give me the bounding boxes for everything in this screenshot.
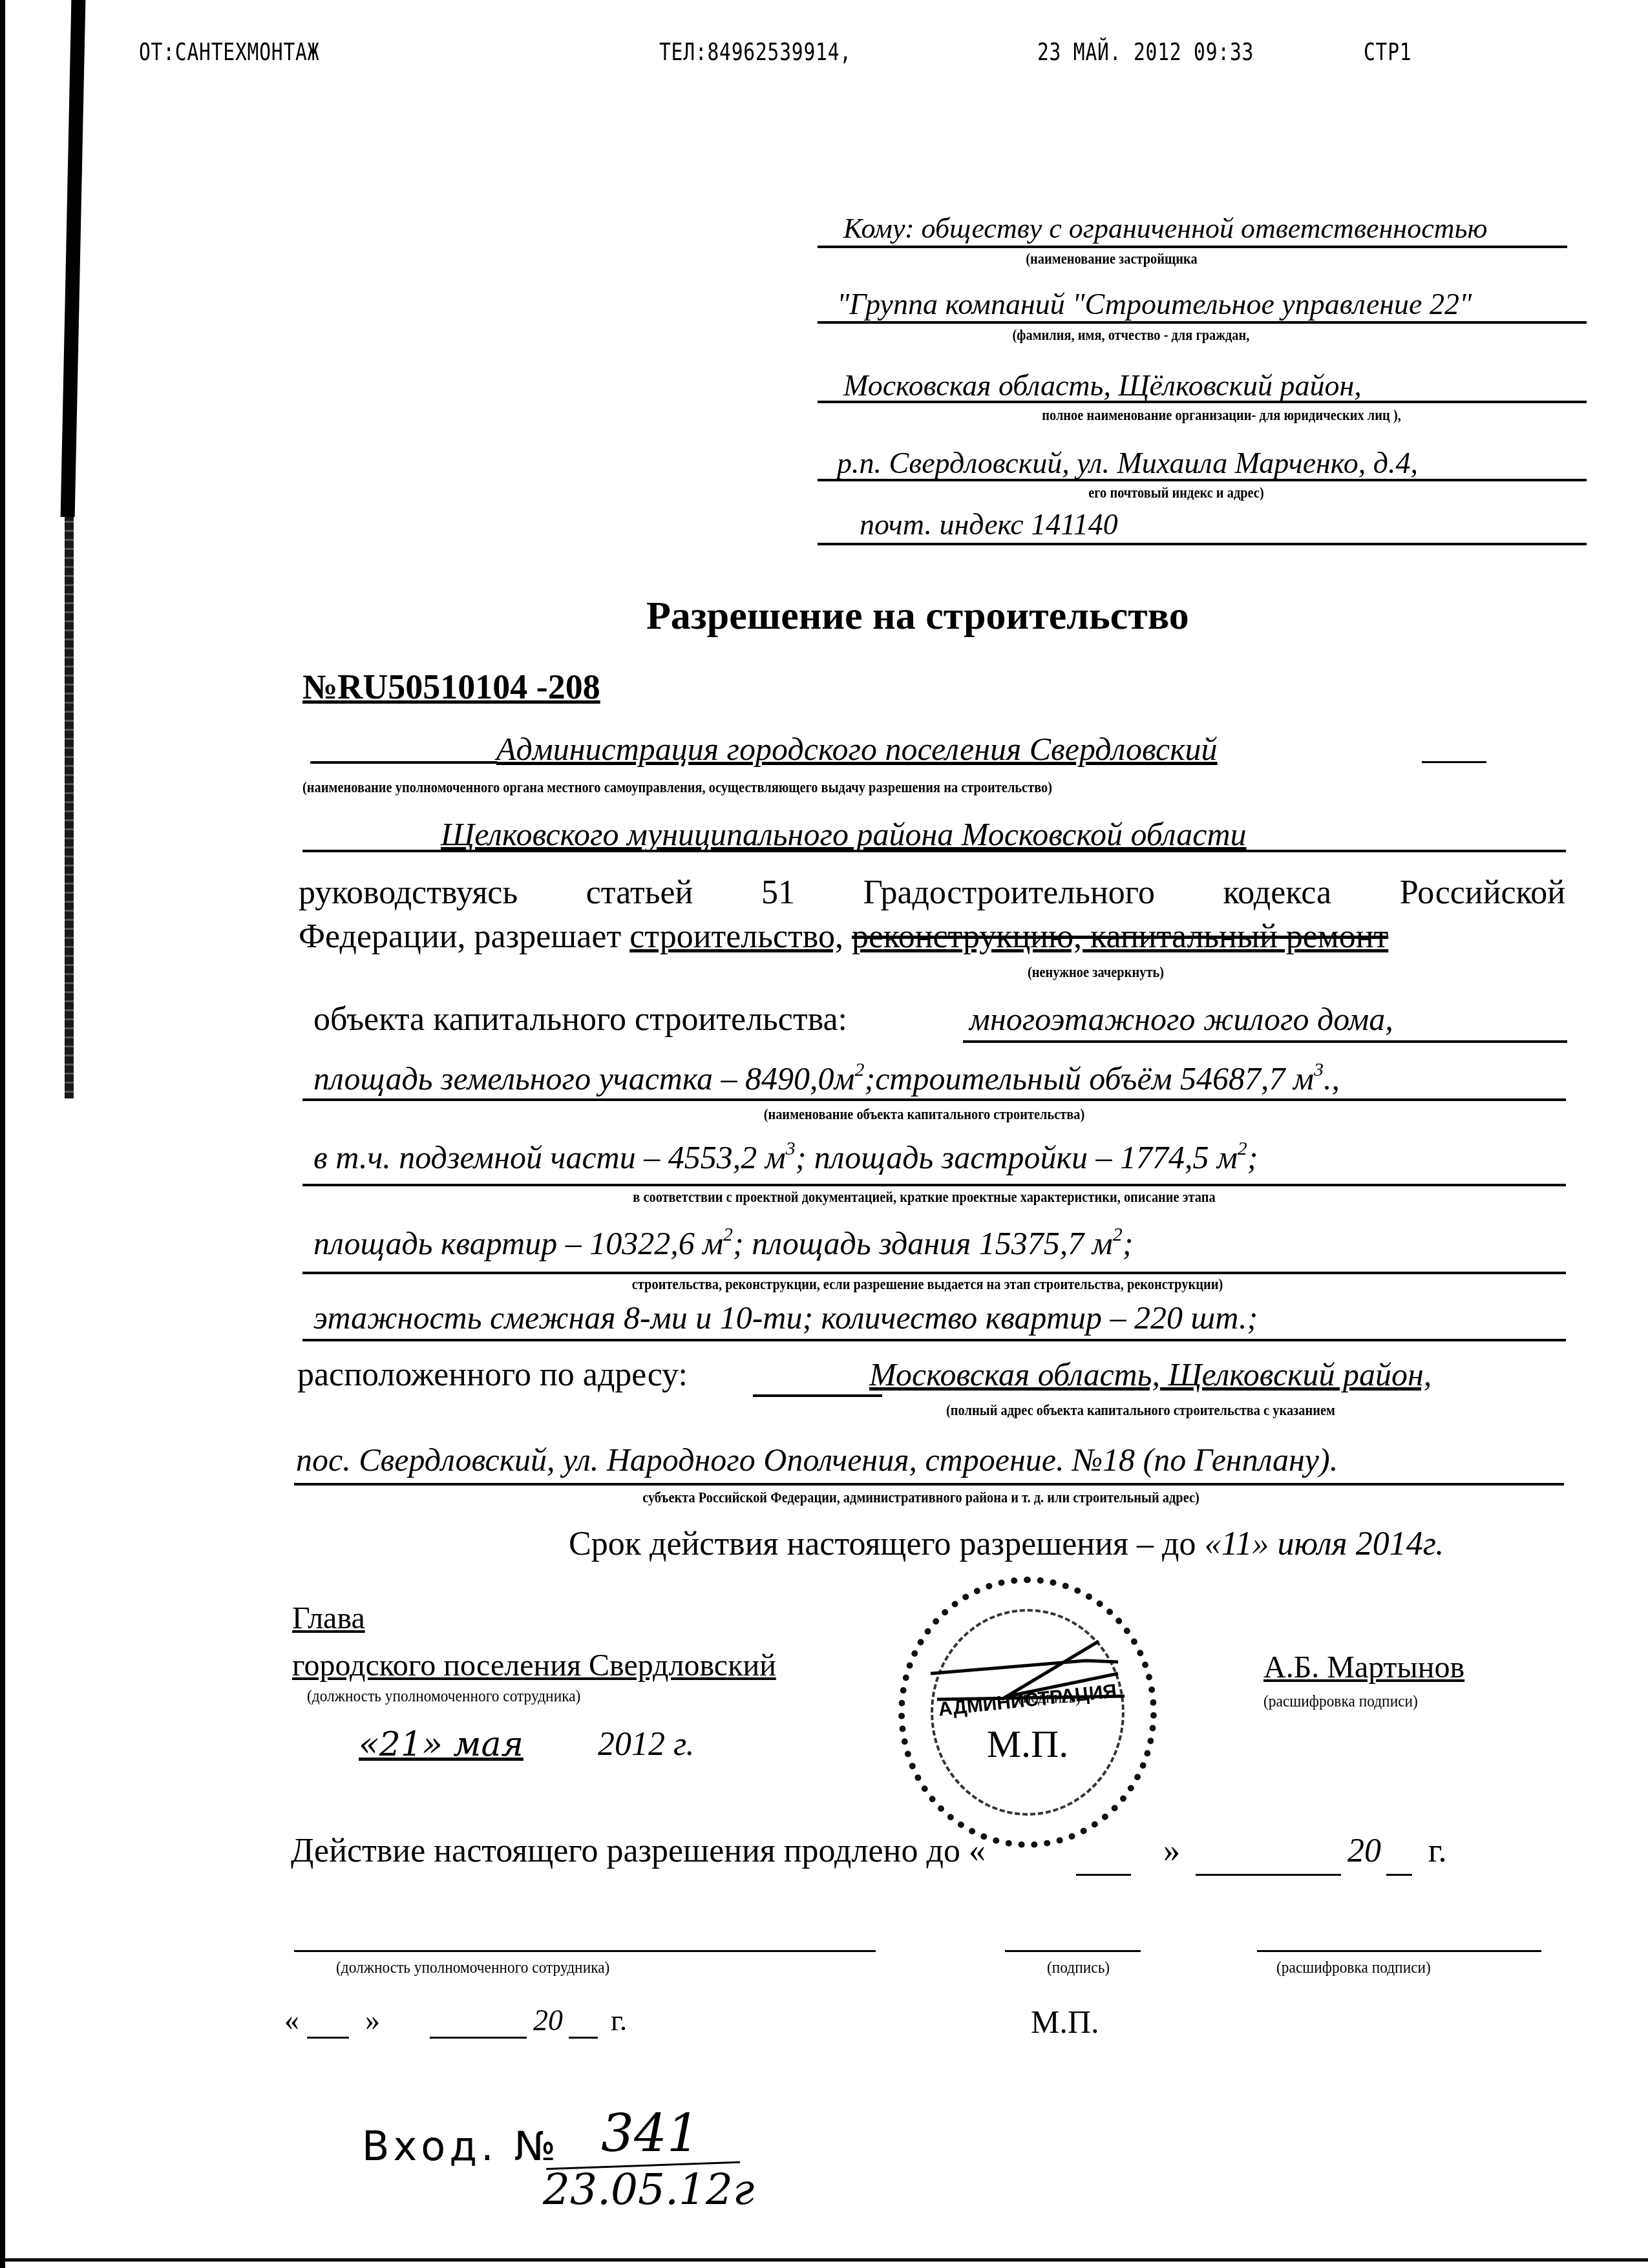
basis-word: кодекса bbox=[1223, 874, 1331, 912]
signatory-name: А.Б. Мартынов bbox=[1263, 1650, 1464, 1685]
addressee-hint-3: полное наименование организации- для юри… bbox=[942, 407, 1502, 425]
signing-year: 2012 г. bbox=[598, 1725, 695, 1763]
authority-underline-right bbox=[1422, 761, 1486, 763]
authority-line-2: Щелковского муниципального района Москов… bbox=[441, 815, 1246, 853]
addressee-underline-5 bbox=[818, 543, 1587, 545]
building-volume: ;строительный объём 54687,7 м bbox=[865, 1060, 1314, 1097]
basis-word: руководствуясь bbox=[299, 874, 518, 912]
binder-shadow-lower bbox=[65, 517, 74, 1098]
extension-signature-hint: (подпись) bbox=[1047, 1958, 1110, 1977]
extension-date-month-blank bbox=[430, 2037, 527, 2039]
extension-year-prefix: 20 bbox=[1347, 1832, 1381, 1870]
fax-datetime: 23 МАЙ. 2012 09:33 bbox=[1037, 37, 1254, 66]
address-line-1: Московская область, Щелковский район, bbox=[869, 1356, 1431, 1393]
authority-hint: (наименование уполномоченного органа мес… bbox=[302, 779, 1052, 797]
basis-word: статьей bbox=[586, 874, 693, 912]
signature-hint: (подпись) bbox=[1018, 1688, 1081, 1707]
basis-word: 51 bbox=[761, 874, 795, 912]
area-volume-line: площадь земельного участка – 8490,0м2;ст… bbox=[313, 1060, 1340, 1097]
building-unit-sup: 2 bbox=[1113, 1224, 1123, 1245]
fax-page: СТР1 bbox=[1364, 37, 1412, 66]
basis-struck: реконструкцию, капитальный ремонт bbox=[852, 918, 1388, 955]
validity-date: «11» июля 2014г. bbox=[1204, 1526, 1444, 1562]
extension-name-blank bbox=[1257, 1950, 1541, 1952]
basis-kept: строительство, bbox=[629, 918, 843, 955]
binder-shadow bbox=[61, 0, 86, 517]
extension-year-blank bbox=[1386, 1874, 1412, 1876]
extension-date-year-blank bbox=[569, 2037, 598, 2039]
bottom-border bbox=[0, 2258, 1648, 2262]
extension-name-hint: (расшифровка подписи) bbox=[1276, 1958, 1431, 1977]
fax-phone: ТЕЛ:84962539914, bbox=[659, 37, 852, 66]
extension-close-quote: » bbox=[1163, 1832, 1180, 1870]
extension-signature-blank bbox=[1005, 1950, 1141, 1952]
volume-unit-sup: 3 bbox=[1314, 1059, 1324, 1080]
position-line-2: городского поселения Свердловский bbox=[292, 1648, 776, 1683]
apartments-area-line: площадь квартир – 10322,6 м2; площадь зд… bbox=[313, 1224, 1133, 1262]
basis-line-2: Федерации, разрешает строительство, реко… bbox=[299, 918, 1388, 956]
address-underline-2 bbox=[294, 1483, 1564, 1486]
building-area-tail: ; bbox=[1123, 1225, 1134, 1261]
apartments-underline bbox=[302, 1272, 1566, 1274]
basis-word: Градостроительного bbox=[863, 874, 1155, 912]
validity-line: Срок действия настоящего разрешения – до… bbox=[569, 1525, 1444, 1563]
address-hint-1: (полный адрес объекта капитального строи… bbox=[869, 1402, 1413, 1420]
addressee-line-2: "Группа компаний "Строительное управлени… bbox=[837, 287, 1472, 321]
floors-line: этажность смежная 8-ми и 10-ти; количест… bbox=[313, 1299, 1258, 1336]
address-hint-2: субъекта Российской Федерации, администр… bbox=[523, 1489, 1320, 1507]
extension-date-day-blank bbox=[307, 2037, 349, 2039]
apartments-area: площадь квартир – 10322,6 м bbox=[313, 1225, 723, 1261]
official-seal: АДМИНИСТРАЦИЯ М.П. bbox=[898, 1577, 1157, 1848]
addressee-line-3: Московская область, Щёлковский район, bbox=[843, 368, 1362, 403]
permit-number: №RU50510104 -208 bbox=[302, 667, 600, 707]
stage-hint: строительства, реконструкции, если разре… bbox=[512, 1276, 1342, 1294]
incoming-label: Вход. № bbox=[362, 2123, 560, 2170]
basis-word: Российской bbox=[1400, 874, 1565, 912]
extension-date-year-suffix: г. bbox=[611, 2003, 627, 2037]
footprint-tail: ; bbox=[1247, 1139, 1258, 1175]
floors-underline bbox=[302, 1339, 1566, 1341]
addressee-hint-2: (фамилия, имя, отчество - для граждан, bbox=[906, 327, 1357, 344]
addressee-line-1: Кому: обществу с ограниченной ответствен… bbox=[843, 212, 1488, 245]
object-value: многоэтажного жилого дома, bbox=[969, 1000, 1393, 1038]
object-label: объекта капитального строительства: bbox=[313, 1000, 847, 1038]
position-line-1: Глава bbox=[292, 1601, 365, 1636]
authority-underline-left bbox=[310, 761, 498, 764]
position-hint: (должность уполномоченного сотрудника) bbox=[307, 1686, 580, 1706]
address-line-2: пос. Свердловский, ул. Народного Ополчен… bbox=[296, 1441, 1338, 1478]
signing-date-handwritten: «21» мая bbox=[359, 1725, 523, 1764]
extension-position-blank bbox=[294, 1950, 876, 1952]
object-underline bbox=[963, 1040, 1567, 1043]
underground-underline bbox=[302, 1184, 1566, 1186]
extension-day-blank bbox=[1076, 1874, 1131, 1876]
addressee-hint-1: (наименование застройщика bbox=[936, 251, 1287, 268]
footprint-area: ; площадь застройки – 1774,5 м bbox=[796, 1139, 1238, 1175]
underground-unit-sup: 3 bbox=[786, 1138, 796, 1159]
addressee-underline-1 bbox=[818, 246, 1567, 248]
land-area: площадь земельного участка – 8490,0м bbox=[313, 1060, 855, 1097]
description-hint: в соответствии с проектной документацией… bbox=[518, 1189, 1331, 1206]
apartments-unit-sup: 2 bbox=[723, 1224, 733, 1245]
land-area-unit-sup: 2 bbox=[855, 1059, 865, 1080]
validity-prefix: Срок действия настоящего разрешения – до bbox=[569, 1526, 1196, 1562]
authority-line-1: Администрация городского поселения Сверд… bbox=[496, 730, 1218, 768]
name-hint: (расшифровка подписи) bbox=[1263, 1692, 1418, 1711]
extension-date-year-prefix: 20 bbox=[533, 2003, 563, 2037]
volume-tail: ., bbox=[1324, 1060, 1340, 1097]
extension-position-hint: (должность уполномоченного сотрудника) bbox=[336, 1958, 609, 1977]
basis-line-1: руководствуясь статьей 51 Градостроитель… bbox=[299, 874, 1565, 912]
address-underline-left bbox=[753, 1394, 882, 1397]
addressee-underline-2 bbox=[818, 321, 1587, 324]
extension-month-blank bbox=[1196, 1874, 1341, 1876]
addressee-underline-4 bbox=[818, 479, 1587, 481]
seal-mp: М.П. bbox=[905, 1722, 1150, 1767]
scan-edge bbox=[0, 0, 5, 2268]
extension-year-suffix: г. bbox=[1428, 1832, 1446, 1870]
object-hint: (наименование объекта капитального строи… bbox=[688, 1106, 1161, 1124]
addressee-hint-4: его почтовый индекс и адрес) bbox=[1022, 485, 1330, 502]
addressee-line-5: почт. индекс 141140 bbox=[860, 507, 1118, 541]
basis-hint: (ненужное зачеркнуть) bbox=[1028, 964, 1164, 982]
authority-underline-2 bbox=[302, 850, 1566, 852]
extension-line: Действие настоящего разрешения продлено … bbox=[291, 1832, 986, 1870]
address-label: расположенного по адресу: bbox=[297, 1356, 688, 1394]
footprint-unit-sup: 2 bbox=[1238, 1138, 1247, 1159]
area-underline bbox=[302, 1098, 1566, 1101]
addressee-underline-3 bbox=[818, 401, 1587, 403]
underground-volume: в т.ч. подземной части – 4553,2 м bbox=[313, 1139, 786, 1175]
basis-prefix: Федерации, разрешает bbox=[299, 918, 621, 955]
fax-from: ОТ:САНТЕХМОНТАЖ bbox=[139, 37, 319, 66]
incoming-number: 341 bbox=[601, 2103, 700, 2163]
building-area: ; площадь здания 15375,7 м bbox=[733, 1225, 1113, 1261]
document-title: Разрешение на строительство bbox=[646, 593, 1189, 639]
incoming-date: 23.05.12г bbox=[543, 2165, 754, 2214]
extension-date-open: « bbox=[284, 2003, 299, 2037]
extension-date-close: » bbox=[365, 2003, 380, 2037]
underground-line: в т.ч. подземной части – 4553,2 м3; площ… bbox=[313, 1139, 1258, 1176]
extension-mp: М.П. bbox=[1031, 2003, 1099, 2041]
addressee-line-4: р.п. Свердловский, ул. Михаила Марченко,… bbox=[837, 446, 1418, 480]
